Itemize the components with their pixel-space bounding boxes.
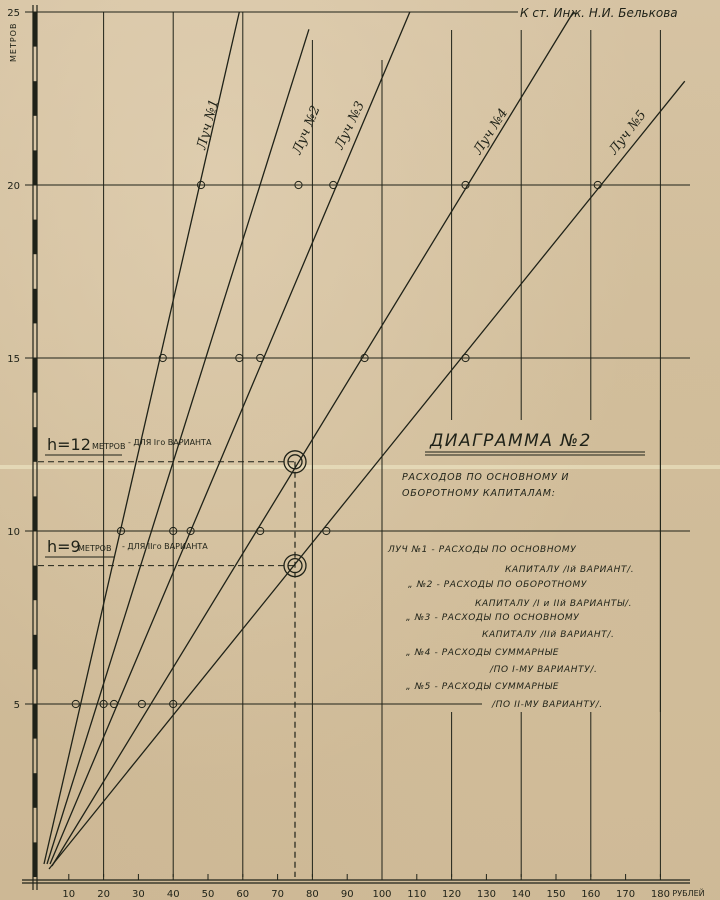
y-axis-ruler-segment: [33, 220, 37, 255]
y-axis-ruler-segment: [33, 427, 37, 462]
ray-label: Луч №1: [194, 98, 222, 152]
y-axis-ruler-segment: [33, 289, 37, 324]
x-tick-label: 60: [236, 889, 249, 900]
x-tick-label: 170: [616, 889, 635, 900]
x-tick-label: 30: [132, 889, 145, 900]
x-tick-label: 10: [62, 889, 75, 900]
h12-variant: - ДЛЯ Iго ВАРИАНТА: [128, 438, 212, 447]
y-axis: 510152025: [7, 5, 37, 890]
legend-line: „ №4 - РАСХОДЫ СУММАРНЫЕ: [406, 648, 559, 658]
legend-line: /ПО I-МУ ВАРИАНТУ/.: [489, 665, 597, 675]
title-block: ДИАГРАММА №2 РАСХОДОВ ПО ОСНОВНОМУ И ОБО…: [402, 431, 645, 499]
h12-annotation: h=12 МЕТРОВ - ДЛЯ Iго ВАРИАНТА: [45, 435, 212, 455]
y-tick-label: 25: [7, 8, 20, 19]
x-tick-label: 130: [477, 889, 496, 900]
y-tick-label: 15: [7, 354, 20, 365]
x-tick-label: 100: [372, 889, 391, 900]
x-tick-label: 110: [407, 889, 426, 900]
y-axis-ruler-segment: [33, 566, 37, 601]
x-tick-label: 90: [341, 889, 354, 900]
ray-line: [49, 81, 685, 869]
legend-line: КАПИТАЛУ /I и IIй ВАРИАНТЫ/.: [475, 599, 632, 609]
y-tick-label: 5: [14, 700, 20, 711]
y-axis-ruler-segment: [33, 704, 37, 739]
y-axis-ruler-segment: [33, 635, 37, 670]
legend-line: КАПИТАЛУ /Iй ВАРИАНТ/.: [505, 565, 634, 575]
h9-unit: МЕТРОВ: [78, 544, 111, 553]
legend-line: ЛУЧ №1 - РАСХОДЫ ПО ОСНОВНОМУ: [387, 545, 576, 555]
y-axis-label: МЕТРОВ: [9, 23, 18, 62]
x-tick-label: 40: [167, 889, 180, 900]
h9-annotation: h=9 МЕТРОВ - ДЛЯ IIго ВАРИАНТА: [45, 537, 208, 557]
chart-canvas: 510152025 102030405060708090100110120130…: [0, 0, 720, 900]
x-tick-label: 150: [546, 889, 565, 900]
legend-line: „ №2 - РАСХОДЫ ПО ОБОРОТНОМУ: [408, 580, 587, 590]
y-axis-ruler-segment: [33, 842, 37, 877]
x-tick-label: 70: [271, 889, 284, 900]
ray-label: Луч №3: [332, 99, 368, 152]
y-axis-ruler-segment: [33, 773, 37, 808]
legend-line: „ №5 - РАСХОДЫ СУММАРНЫЕ: [406, 682, 559, 692]
x-tick-label: 120: [442, 889, 461, 900]
chart-subtitle-1: РАСХОДОВ ПО ОСНОВНОМУ И: [402, 472, 569, 483]
x-tick-label: 50: [202, 889, 215, 900]
chart-subtitle-2: ОБОРОТНОМУ КАПИТАЛАМ:: [402, 488, 556, 499]
x-axis-unit: РУБЛЕЙ: [672, 887, 704, 898]
x-tick-label: 140: [512, 889, 531, 900]
y-axis-ruler-segment: [33, 150, 37, 185]
h12-value: h=12: [47, 435, 91, 454]
y-axis-ruler-segment: [33, 496, 37, 531]
y-tick-label: 10: [7, 527, 20, 538]
x-axis: 1020304050607080901001101201301401501601…: [22, 874, 705, 900]
x-tick-label: 20: [97, 889, 110, 900]
y-tick-label: 20: [7, 181, 20, 192]
ray-label: Луч №4: [470, 106, 511, 158]
chart-title: ДИАГРАММА №2: [429, 431, 592, 451]
legend-line: КАПИТАЛУ /IIй ВАРИАНТ/.: [482, 630, 614, 640]
x-tick-label: 160: [581, 889, 600, 900]
legend: ЛУЧ №1 - РАСХОДЫ ПО ОСНОВНОМУ КАПИТАЛУ /…: [387, 545, 634, 710]
top-note: К ст. Инж. Н.И. Белькова: [520, 6, 678, 20]
h12-unit: МЕТРОВ: [92, 442, 125, 451]
h9-variant: - ДЛЯ IIго ВАРИАНТА: [122, 542, 208, 551]
y-axis-ruler-segment: [33, 12, 37, 47]
ray-label: Луч №2: [289, 104, 323, 158]
y-axis-ruler-segment: [33, 81, 37, 116]
h9-value: h=9: [47, 537, 81, 556]
legend-line: /ПО II-МУ ВАРИАНТУ/.: [491, 700, 603, 710]
legend-line: „ №3 - РАСХОДЫ ПО ОСНОВНОМУ: [406, 613, 579, 623]
x-tick-label: 80: [306, 889, 319, 900]
y-axis-ruler-segment: [33, 358, 37, 393]
x-tick-label: 180: [651, 889, 670, 900]
